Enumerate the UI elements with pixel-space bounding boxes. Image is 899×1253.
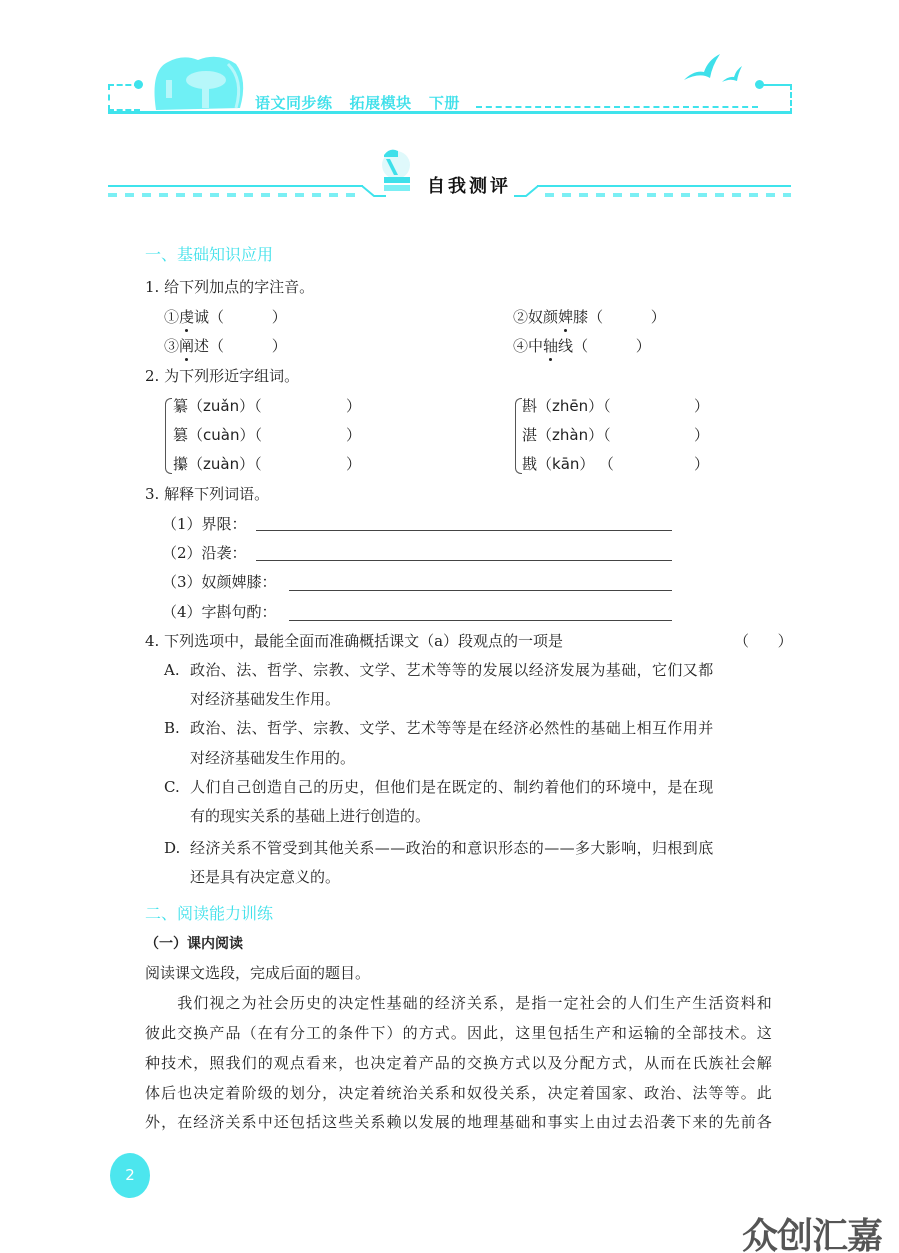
option-text: 人们自己创造自己的历史，但他们是在既定的、制约着他们的环境中，是在现 [190, 777, 714, 797]
pinyin: （zhàn） [537, 426, 603, 444]
item-number: ④ [513, 337, 528, 355]
option-text: 政治、法、哲学、宗教、文学、艺术等等是在经济必然性的基础上相互作用并 [190, 718, 714, 738]
answer-blank[interactable]: （ ） [588, 308, 666, 326]
close-paren: ） [694, 425, 709, 445]
q2-right-row-1: 斟（zhēn）（ [522, 396, 611, 416]
q1-item-4: ④中轴线（ ） [513, 336, 651, 356]
close-paren: ） [346, 425, 361, 445]
q4-prompt: 4. 下列选项中，最能全面而准确概括课文（a）段观点的一项是 [145, 631, 563, 651]
brace-right [515, 398, 522, 474]
char: 纂 [173, 397, 188, 415]
item-number: ① [164, 308, 179, 326]
header-frame-right [762, 84, 792, 114]
q2-left-row-3: 攥（zuàn）（ [173, 454, 262, 474]
close-paren: ） [694, 454, 709, 474]
passage-line: 我们视之为社会历史的决定性基础的经济关系，是指一定社会的人们生产生活资料和 [145, 993, 773, 1013]
header-dot-left [134, 80, 143, 89]
option-letter: A. [164, 660, 180, 680]
item-text: 膝 [573, 308, 588, 326]
option-text: 对经济基础发生作用的。 [190, 748, 355, 768]
close-paren: ） [694, 396, 709, 416]
item-number: ② [513, 308, 528, 326]
q4-answer-blank[interactable]: （ ） [734, 631, 793, 651]
birds-icon [682, 52, 744, 84]
q3-item-4-label: （4）字斟句酌： [162, 602, 277, 622]
section2-title: 二、阅读能力训练 [145, 901, 273, 924]
pinyin: （zuǎn） [188, 397, 254, 415]
pinyin: （cuàn） [188, 426, 254, 444]
banner-line-left [108, 185, 363, 187]
passage-line: 彼此交换产品（在有分工的条件下）的方式。因此，这里包括生产和运输的全部技术。这 [145, 1023, 773, 1043]
q3-item-2-answer-line[interactable] [256, 560, 672, 561]
dotted-char: 婢 [558, 308, 573, 326]
brace-left [165, 398, 172, 474]
q3-item-1-answer-line[interactable] [256, 530, 672, 531]
dotted-char: 虔 [179, 308, 194, 326]
mushroom-illustration-icon [148, 50, 248, 116]
close-paren: ） [346, 396, 361, 416]
q2-left-row-2: 篡（cuàn）（ [173, 425, 262, 445]
option-text: 经济关系不管受到其他关系——政治的和意识形态的——多大影响，归根到底 [190, 838, 714, 858]
q3-prompt: 3. 解释下列词语。 [145, 484, 269, 504]
item-number: ③ [164, 337, 179, 355]
q1-item-1: ①虔诚（ ） [164, 307, 287, 327]
banner-title: 自我测评 [427, 172, 511, 198]
answer-blank[interactable]: （ ） [209, 337, 287, 355]
item-text: 线 [558, 337, 573, 355]
answer-blank[interactable]: （ [254, 455, 262, 473]
q3-item-4-answer-line[interactable] [289, 620, 672, 621]
close-paren: ） [346, 454, 361, 474]
q2-prompt: 2. 为下列形近字组词。 [145, 366, 299, 386]
q3-item-3-answer-line[interactable] [289, 590, 672, 591]
q2-right-row-3: 戡（kān）（ [522, 454, 614, 474]
passage-line: 外，在经济关系中还包括这些关系赖以发展的地理基础和事实上由过去沿袭下来的先前各 [145, 1112, 773, 1132]
banner-notch-right [514, 180, 538, 198]
header-dot-right [755, 80, 764, 89]
q1-item-2: ②奴颜婢膝（ ） [513, 307, 666, 327]
char: 戡 [522, 455, 537, 473]
answer-blank[interactable]: （ [254, 397, 262, 415]
char: 攥 [173, 455, 188, 473]
q3-item-2-label: （2）沿袭： [162, 543, 247, 563]
item-text: 奴颜 [528, 308, 558, 326]
item-text: 中 [528, 337, 543, 355]
answer-blank[interactable]: （ ） [209, 308, 287, 326]
dotted-char: 阐 [179, 337, 194, 355]
option-letter: C. [164, 777, 180, 797]
answer-blank[interactable]: （ [603, 426, 611, 444]
answer-blank[interactable]: （ [254, 426, 262, 444]
option-text: 还是具有决定意义的。 [190, 867, 340, 887]
header-rule [108, 111, 791, 114]
answer-blank[interactable]: （ [606, 455, 614, 473]
option-text: 对经济基础发生作用。 [190, 689, 340, 709]
passage-line: 体后也决定着阶级的划分，决定着统治关系和奴役关系，决定着国家、政治、法等等。此 [145, 1083, 773, 1103]
q3-item-3-label: （3）奴颜婢膝： [162, 572, 277, 592]
header-dashed-line [476, 106, 758, 108]
char: 湛 [522, 426, 537, 444]
page-number-badge: 2 [110, 1153, 150, 1198]
pinyin: （kān） [537, 455, 594, 473]
answer-blank[interactable]: （ ） [573, 337, 651, 355]
passage-line: 种技术，照我们的观点看来，也决定着产品的交换方式以及分配方式，从而在氏族社会解 [145, 1053, 773, 1073]
q1-item-3: ③阐述（ ） [164, 336, 287, 356]
q1-prompt: 1. 给下列加点的字注音。 [145, 277, 314, 297]
banner-line-right [537, 185, 791, 187]
item-text: 述 [194, 337, 209, 355]
banner-dashes-right [545, 193, 791, 197]
item-text: 诚 [194, 308, 209, 326]
pinyin: （zuàn） [188, 455, 254, 473]
section2-instruction: 阅读课文选段，完成后面的题目。 [145, 963, 370, 983]
option-letter: D. [164, 838, 180, 858]
section1-title: 一、基础知识应用 [145, 242, 273, 265]
q2-left-row-1: 纂（zuǎn）（ [173, 396, 262, 416]
section2-subtitle: （一）课内阅读 [145, 934, 243, 954]
option-text: 有的现实关系的基础上进行创造的。 [190, 806, 430, 826]
student-reading-icon [376, 145, 416, 195]
option-letter: B. [164, 718, 180, 738]
answer-blank[interactable]: （ [603, 397, 611, 415]
dotted-char: 轴 [543, 337, 558, 355]
char: 篡 [173, 426, 188, 444]
banner-dashes-left [108, 193, 358, 197]
q2-right-row-2: 湛（zhàn）（ [522, 425, 611, 445]
char: 斟 [522, 397, 537, 415]
option-text: 政治、法、哲学、宗教、文学、艺术等等的发展以经济发展为基础，它们又都 [190, 660, 714, 680]
book-title: 语文同步练 拓展模块 下册 [255, 92, 460, 113]
q3-item-1-label: （1）界限： [162, 514, 247, 534]
pinyin: （zhēn） [537, 397, 603, 415]
watermark: 众创汇嘉 [742, 1208, 882, 1253]
